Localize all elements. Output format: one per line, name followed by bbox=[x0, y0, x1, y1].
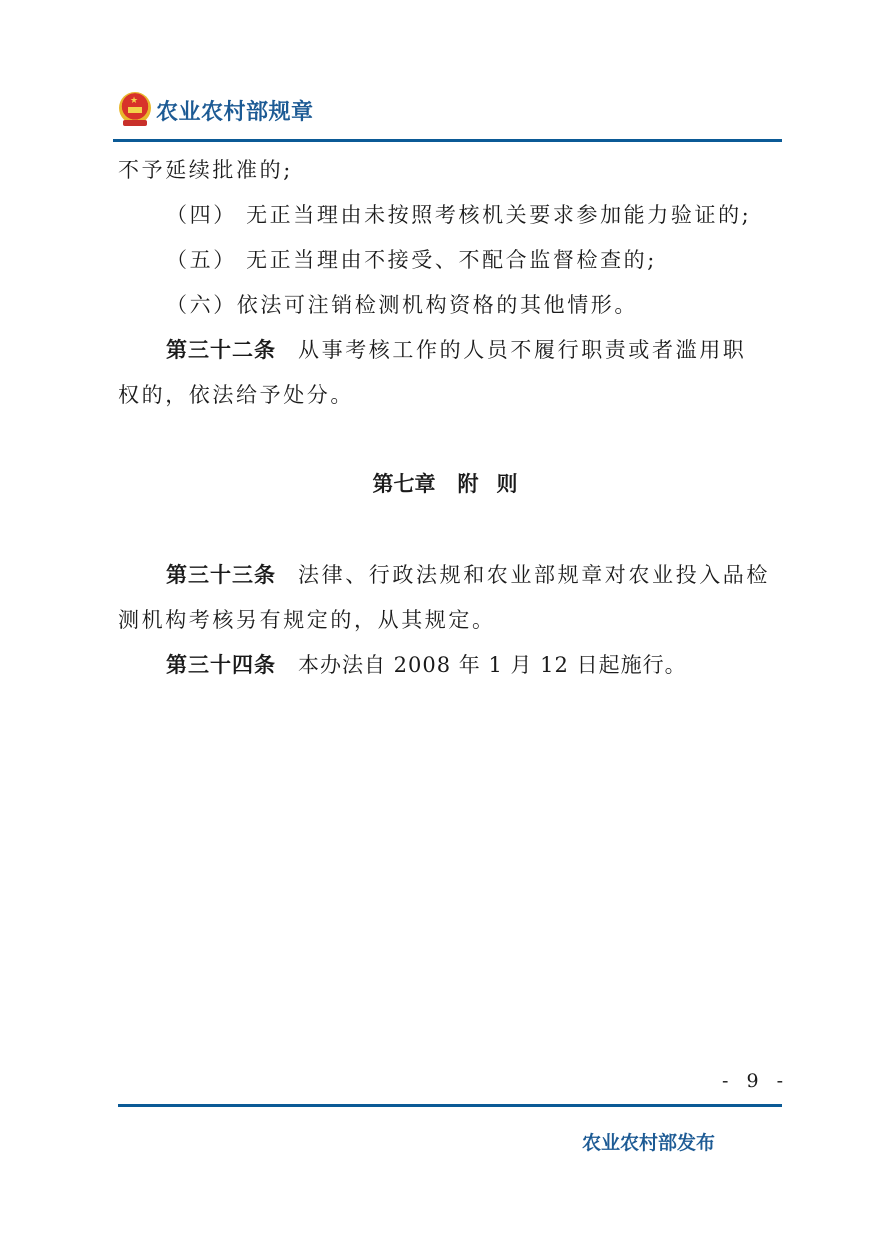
body-line: 不予延续批准的; bbox=[118, 158, 293, 182]
article-32-text: 从事考核工作的人员不履行职责或者滥用职 bbox=[298, 338, 746, 362]
article-34-label: 第三十四条 bbox=[166, 653, 276, 677]
chapter-number: 第七章 bbox=[373, 472, 436, 496]
chapter-title-1: 附 bbox=[458, 472, 479, 496]
list-item-4: （四） 无正当理由未按照考核机关要求参加能力验证的; bbox=[166, 203, 751, 227]
article-32-continuation: 权的，依法给予处分。 bbox=[118, 383, 354, 407]
list-item-6: （六）依法可注销检测机构资格的其他情形。 bbox=[166, 293, 638, 317]
publisher-label: 农业农村部发布 bbox=[582, 1128, 715, 1155]
article-34: 第三十四条本办法自 2008 年 1 月 12 日起施行。 bbox=[166, 653, 687, 677]
footer-divider bbox=[118, 1104, 782, 1107]
national-emblem-icon: ★ bbox=[118, 92, 152, 128]
list-item-5: （五） 无正当理由不接受、不配合监督检查的; bbox=[166, 248, 657, 272]
header-title: 农业农村部规章 bbox=[156, 95, 314, 126]
page-number: - 9 - bbox=[722, 1070, 789, 1092]
article-33-text: 法律、行政法规和农业部规章对农业投入品检 bbox=[298, 563, 770, 587]
article-34-text: 本办法自 2008 年 1 月 12 日起施行。 bbox=[298, 653, 687, 677]
chapter-title-2: 则 bbox=[497, 472, 518, 496]
chapter-heading: 第七章附则 bbox=[0, 472, 890, 496]
header-divider bbox=[113, 139, 782, 142]
page-header: ★ 农业农村部规章 bbox=[118, 90, 314, 130]
article-32: 第三十二条从事考核工作的人员不履行职责或者滥用职 bbox=[166, 338, 746, 362]
article-33-continuation: 测机构考核另有规定的，从其规定。 bbox=[118, 608, 496, 632]
article-33-label: 第三十三条 bbox=[166, 563, 276, 587]
article-33: 第三十三条法律、行政法规和农业部规章对农业投入品检 bbox=[166, 563, 770, 587]
article-32-label: 第三十二条 bbox=[166, 338, 276, 362]
